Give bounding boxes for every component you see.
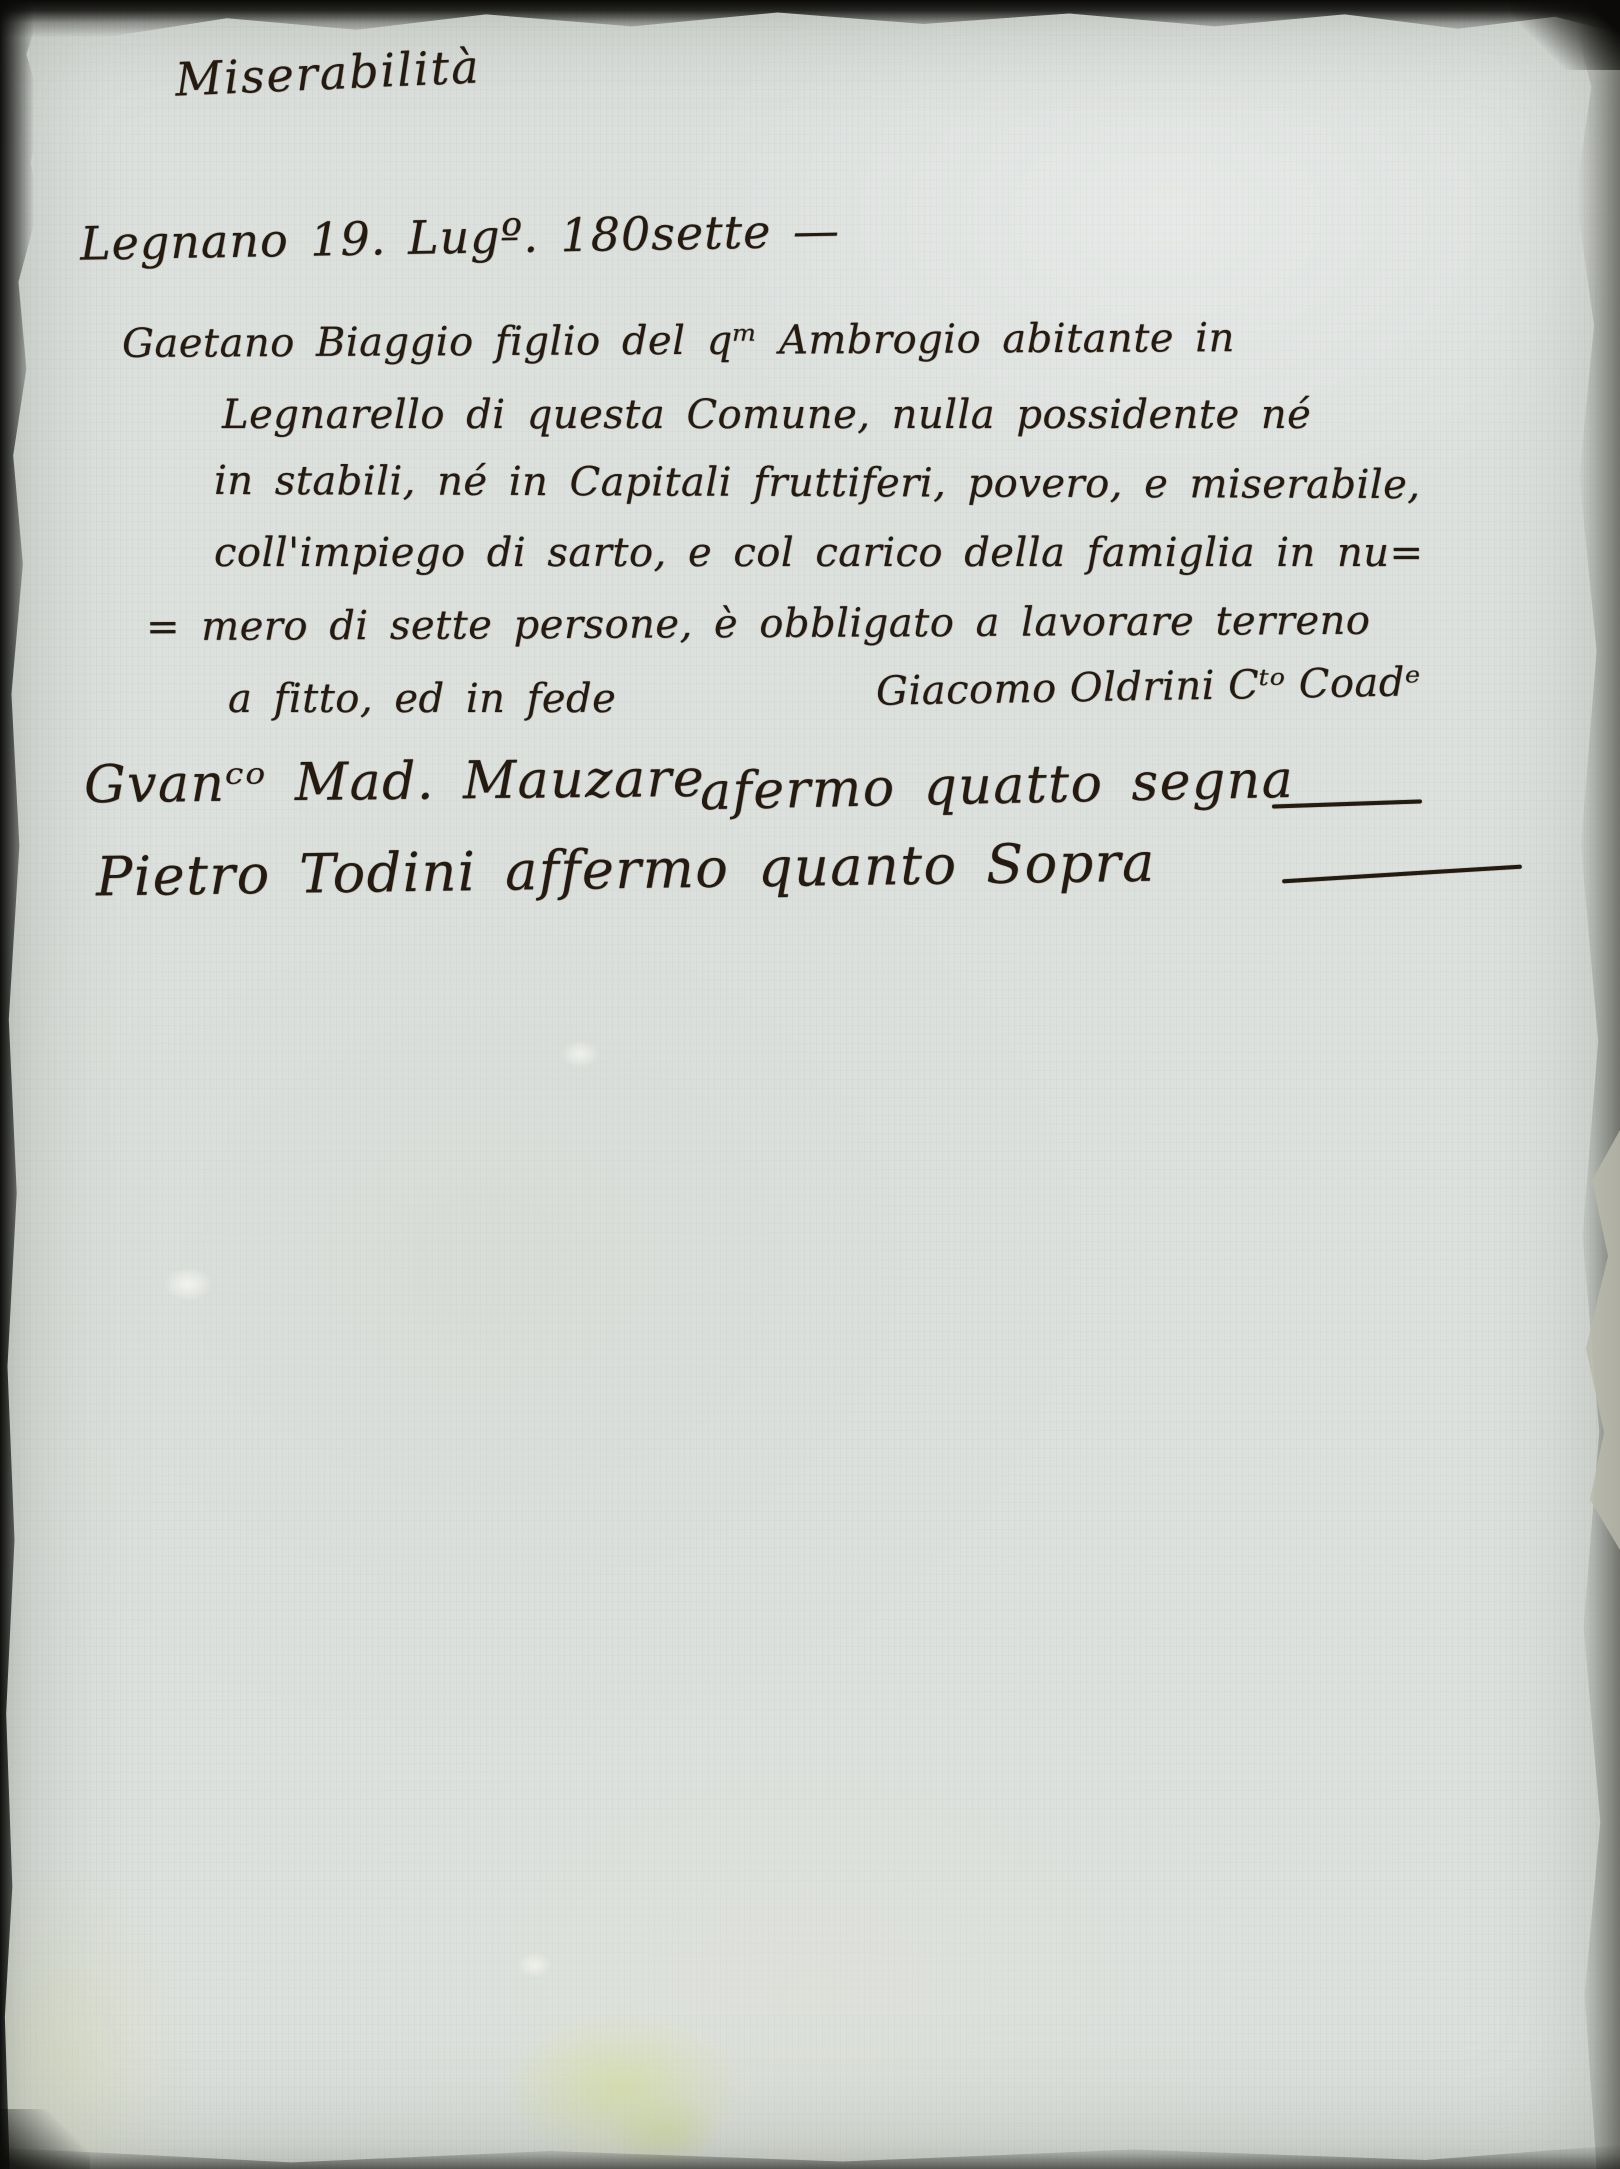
witness-signature-2: Pietro Todini affermo quanto Sopra	[96, 831, 1157, 909]
body-line-1: Gaetano Biaggio figlio del qᵐ Ambrogio a…	[122, 315, 1235, 367]
dateline: Legnano 19. Lugº. 180sette —	[80, 203, 841, 270]
clerk-signature: Giacomo Oldrini Cᵗᵒ Coadᵉ	[876, 659, 1422, 715]
body-line-6-attestation: a fitto, ed in fede	[228, 676, 616, 722]
body-line-2: Legnarello di questa Comune, nulla possi…	[222, 392, 1311, 438]
body-line-3: in stabili, né in Capitali fruttiferi, p…	[214, 458, 1421, 508]
witness-signature-1-attestation: afermo quatto segna	[699, 750, 1294, 822]
witness-signature-1-name: Gvanᶜᵒ Mad. Mauzare	[84, 749, 706, 816]
body-line-5: = mero di sette persone, è obbligato a l…	[146, 598, 1371, 650]
document-title: Miserabilità	[174, 39, 482, 106]
body-line-4: coll'impiego di sarto, e col carico dell…	[214, 530, 1424, 576]
signature-flourish-line-2	[1282, 865, 1522, 884]
paper-sheet: Miserabilità Legnano 19. Lugº. 180sette …	[0, 0, 1620, 2169]
scanned-page: Miserabilità Legnano 19. Lugº. 180sette …	[0, 0, 1620, 2169]
